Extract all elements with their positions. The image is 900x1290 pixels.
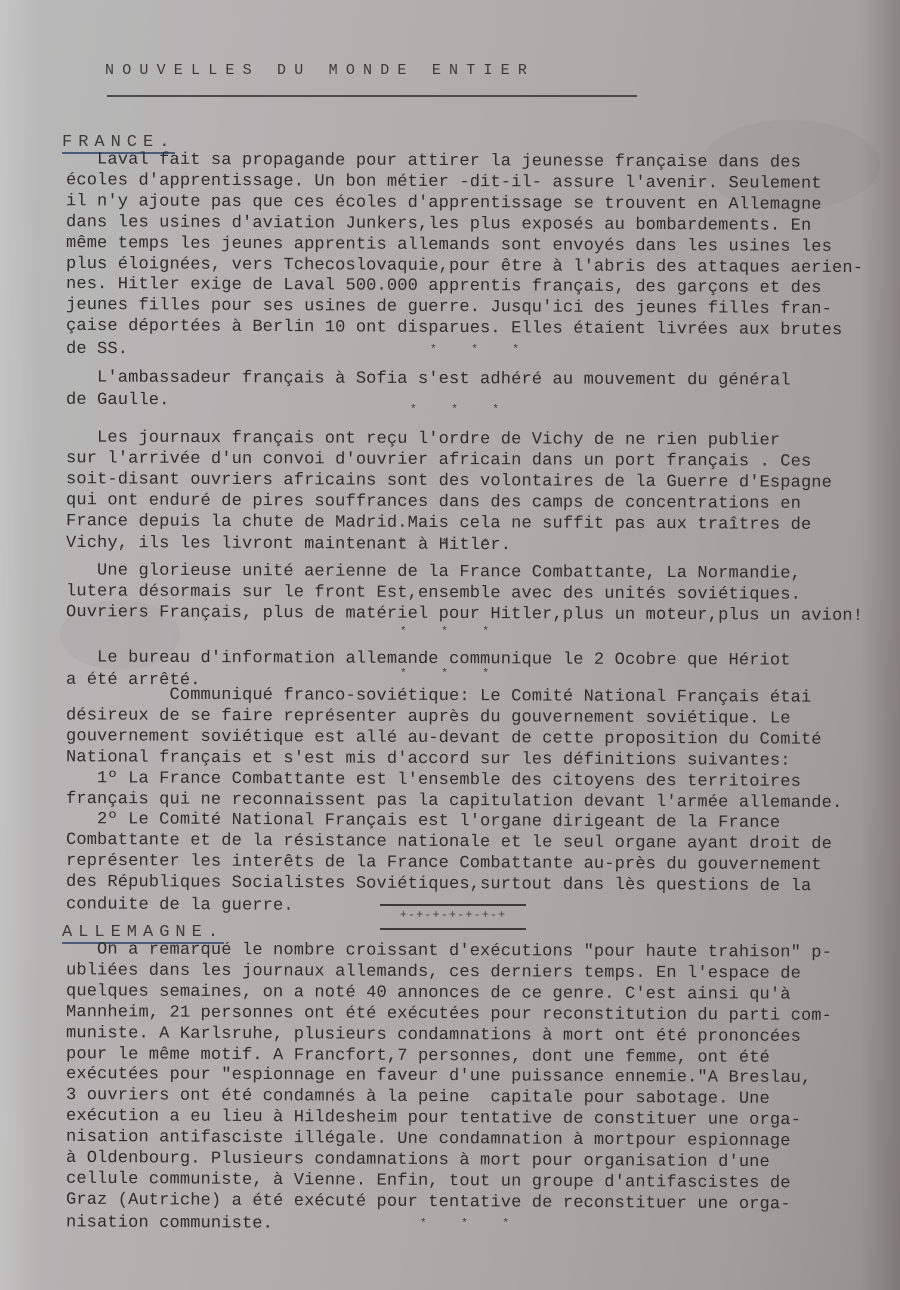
text-line: lutera désormais sur le front Est,ensemb… [66,582,801,605]
text-line: dans les usines d'aviation Junkers,les p… [66,213,811,237]
separator-stars: * * * [420,1218,523,1230]
separator-stars: * * * [430,344,533,356]
text-line: écoles d'apprentissage. Un bon métier -d… [66,171,822,194]
text-line: soit-disant ouvriers africains sont des … [66,470,832,494]
page-title: NOUVELLES DU MONDE ENTIER [105,62,535,79]
text-line: 1º La France Combattante est l'ensemble … [66,769,801,793]
paper-shading [0,0,40,1290]
text-line: Communiqué franco-soviétique: Le Comité … [66,685,811,708]
section-divider-ornament: +-+-+-+-+-+-+ [380,904,526,930]
typewritten-page: NOUVELLES DU MONDE ENTIER FRANCE. Laval … [0,0,900,1290]
text-line: nisation communiste. [66,1213,273,1234]
separator-stars: * * * [410,404,513,416]
text-line: ubliées dans les journaux allemands, ces… [66,961,801,984]
text-line: sur l'arrivée d'un convoi d'ouvrier afri… [66,449,811,472]
text-line: qui ont enduré de pires souffrances dans… [66,491,801,515]
text-line: muniste. A Karlsruhe, plusieurs condamna… [66,1024,801,1048]
text-line: conduite de la guerre. [66,895,294,916]
text-line: Une glorieuse unité aerienne de la Franc… [66,561,801,584]
text-line: Laval fait sa propagande pour attirer la… [66,150,801,173]
text-line: de Gaulle. [66,391,170,411]
text-line: des Républiques Socialistes Soviétiques,… [66,873,811,897]
text-line: même temps les jeunes apprentis allemand… [66,234,832,258]
text-line: National français et s'est mis d'accord … [66,748,791,772]
text-line: France depuis la chute de Madrid.Mais ce… [66,512,811,536]
text-line: désireux de se faire représenter auprès … [66,706,791,729]
text-line: Les journaux français ont reçu l'ordre d… [66,428,780,451]
text-line: quelques semaines, on a noté 40 annonces… [66,982,791,1005]
title-underline [107,95,637,97]
text-line: L'ambassadeur français à Sofia s'est adh… [66,368,791,391]
text-line: On a remarqué le nombre croissant d'exéc… [66,940,832,963]
text-line: Ouvriers Français, plus de matériel pour… [66,603,863,627]
separator-stars: * * * [400,668,503,680]
separator-stars: * * * [400,538,503,550]
paper-shading [860,0,900,1290]
text-line: Graz (Autriche) a été exécuté pour tenta… [66,1190,791,1215]
text-line: de SS. [66,340,128,360]
text-line: il n'y ajoute pas que ces écoles d'appre… [66,192,822,216]
text-line: gouvernement soviétique est allé au-deva… [66,727,822,751]
text-line: Mannheim, 21 personnes ont été exécutées… [66,1003,832,1027]
text-line: çaise déportées à Berlin 10 ont disparue… [66,317,842,341]
separator-stars: * * * [400,626,503,638]
